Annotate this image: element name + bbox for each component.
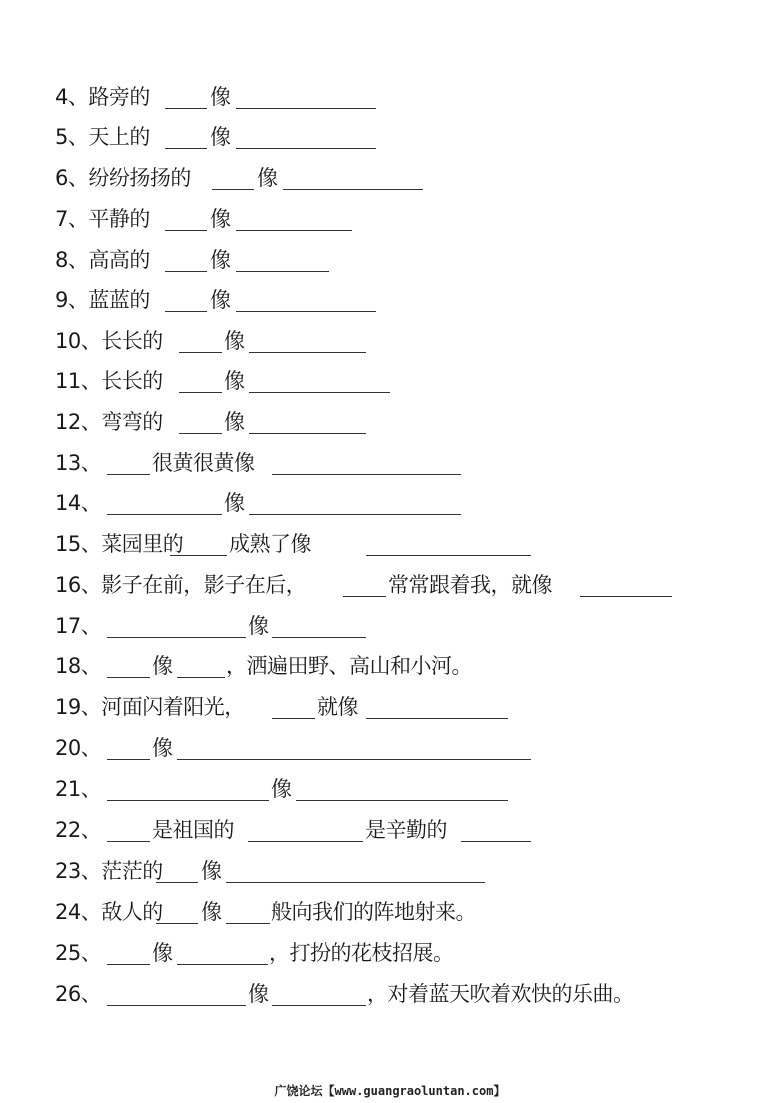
exercise-line: 16、影子在前，影子在后，常常跟着我，就像 [0,570,780,600]
exercise-line: 15、菜园里的成熟了像 [0,529,780,559]
exercise-text: ，对着蓝天吹着欢快的乐曲。 [367,979,634,1009]
fill-in-blank[interactable] [226,882,485,883]
fill-in-blank[interactable] [170,555,227,556]
fill-in-blank[interactable] [212,189,254,190]
exercise-text: 12、弯弯的 [55,407,163,437]
exercise-text: 像 [152,733,173,763]
exercise-line: 21、像 [0,774,780,804]
exercise-text: 10、长长的 [55,326,163,356]
exercise-text: 15、菜园里的 [55,529,183,559]
exercise-text: 常常跟着我，就像 [388,570,552,600]
exercise-text: 是祖国的 [152,815,234,845]
exercise-text: 26、 [55,979,101,1009]
fill-in-blank[interactable] [272,1005,366,1006]
fill-in-blank[interactable] [179,352,222,353]
fill-in-blank[interactable] [156,882,198,883]
exercise-text: 19、河面闪着阳光， [55,692,245,722]
fill-in-blank[interactable] [177,677,225,678]
exercise-text: 7、平静的 [55,204,150,234]
fill-in-blank[interactable] [249,514,461,515]
exercise-text: 像 [210,122,231,152]
fill-in-blank[interactable] [248,841,363,842]
exercise-text: 17、 [55,611,101,641]
fill-in-blank[interactable] [107,1005,246,1006]
fill-in-blank[interactable] [107,677,150,678]
fill-in-blank[interactable] [236,230,352,231]
exercise-line: 13、很黄很黄像 [0,448,780,478]
exercise-text: 像 [210,285,231,315]
fill-in-blank[interactable] [156,923,198,924]
exercise-text: 20、 [55,733,101,763]
exercise-line: 11、长长的像 [0,366,780,396]
exercise-text: 24、敌人的 [55,897,163,927]
fill-in-blank[interactable] [272,637,366,638]
exercise-text: 像 [210,204,231,234]
exercise-text: 5、天上的 [55,122,150,152]
exercise-line: 9、蓝蓝的像 [0,285,780,315]
fill-in-blank[interactable] [107,964,150,965]
exercise-text: ，洒遍田野、高山和小河。 [226,651,472,681]
fill-in-blank[interactable] [165,230,207,231]
exercise-text: 很黄很黄像 [152,448,255,478]
fill-in-blank[interactable] [272,718,315,719]
footer-watermark: 广饶论坛【www.guangraoluntan.com】 [0,1082,780,1099]
exercise-text: 22、 [55,815,101,845]
fill-in-blank[interactable] [165,271,207,272]
exercise-line: 10、长长的像 [0,326,780,356]
fill-in-blank[interactable] [179,392,222,393]
fill-in-blank[interactable] [296,800,508,801]
fill-in-blank[interactable] [366,555,531,556]
fill-in-blank[interactable] [236,108,376,109]
exercise-text: 6、纷纷扬扬的 [55,163,191,193]
fill-in-blank[interactable] [165,108,207,109]
exercise-text: 4、路旁的 [55,82,150,112]
exercise-line: 25、像，打扮的花枝招展。 [0,938,780,968]
exercise-text: 像 [201,856,222,886]
exercise-line: 5、天上的像 [0,122,780,152]
exercise-text: 23、茫茫的 [55,856,163,886]
fill-in-blank[interactable] [179,433,222,434]
exercise-text: 13、 [55,448,101,478]
exercise-text: 9、蓝蓝的 [55,285,150,315]
exercise-text: 16、影子在前，影子在后， [55,570,306,600]
exercise-text: 像 [224,366,245,396]
exercise-text: ，打扮的花枝招展。 [269,938,454,968]
exercise-text: 成熟了像 [229,529,311,559]
fill-in-blank[interactable] [249,352,366,353]
exercise-line: 18、像，洒遍田野、高山和小河。 [0,651,780,681]
exercise-line: 26、像，对着蓝天吹着欢快的乐曲。 [0,979,780,1009]
fill-in-blank[interactable] [107,759,150,760]
fill-in-blank[interactable] [177,964,268,965]
exercise-text: 像 [224,326,245,356]
exercise-text: 8、高高的 [55,245,150,275]
exercise-line: 6、纷纷扬扬的像 [0,163,780,193]
exercise-text: 18、 [55,651,101,681]
exercise-line: 23、茫茫的像 [0,856,780,886]
fill-in-blank[interactable] [226,923,270,924]
fill-in-blank[interactable] [272,474,461,475]
exercise-text: 就像 [317,692,358,722]
exercise-line: 19、河面闪着阳光，就像 [0,692,780,722]
fill-in-blank[interactable] [236,148,376,149]
fill-in-blank[interactable] [283,189,423,190]
fill-in-blank[interactable] [461,841,531,842]
fill-in-blank[interactable] [580,596,672,597]
exercise-text: 像 [210,82,231,112]
exercise-line: 7、平静的像 [0,204,780,234]
exercise-text: 像 [248,611,269,641]
fill-in-blank[interactable] [177,759,531,760]
exercise-text: 像 [152,651,173,681]
exercise-text: 11、长长的 [55,366,163,396]
exercise-text: 般向我们的阵地射来。 [271,897,476,927]
exercise-text: 像 [152,938,173,968]
exercise-line: 24、敌人的像般向我们的阵地射来。 [0,897,780,927]
exercise-line: 14、像 [0,488,780,518]
exercise-text: 像 [210,245,231,275]
exercise-line: 17、像 [0,611,780,641]
fill-in-blank[interactable] [165,311,207,312]
fill-in-blank[interactable] [165,148,207,149]
exercise-line: 8、高高的像 [0,245,780,275]
exercise-text: 21、 [55,774,101,804]
exercise-line: 20、像 [0,733,780,763]
fill-in-blank[interactable] [107,841,150,842]
fill-in-blank[interactable] [107,637,246,638]
exercise-text: 像 [224,488,245,518]
fill-in-blank[interactable] [236,311,376,312]
exercise-text: 像 [224,407,245,437]
fill-in-blank[interactable] [366,718,508,719]
fill-in-blank[interactable] [249,392,390,393]
fill-in-blank[interactable] [107,474,150,475]
exercise-line: 22、是祖国的是辛勤的 [0,815,780,845]
fill-in-blank[interactable] [249,433,366,434]
fill-in-blank[interactable] [107,514,222,515]
exercise-line: 12、弯弯的像 [0,407,780,437]
fill-in-blank[interactable] [107,800,269,801]
exercise-text: 像 [257,163,278,193]
fill-in-blank[interactable] [236,271,329,272]
exercise-text: 是辛勤的 [365,815,447,845]
exercise-text: 14、 [55,488,101,518]
exercise-text: 像 [271,774,292,804]
exercise-line: 4、路旁的像 [0,82,780,112]
fill-in-blank[interactable] [343,596,386,597]
exercise-text: 像 [248,979,269,1009]
exercise-text: 像 [201,897,222,927]
exercise-text: 25、 [55,938,101,968]
